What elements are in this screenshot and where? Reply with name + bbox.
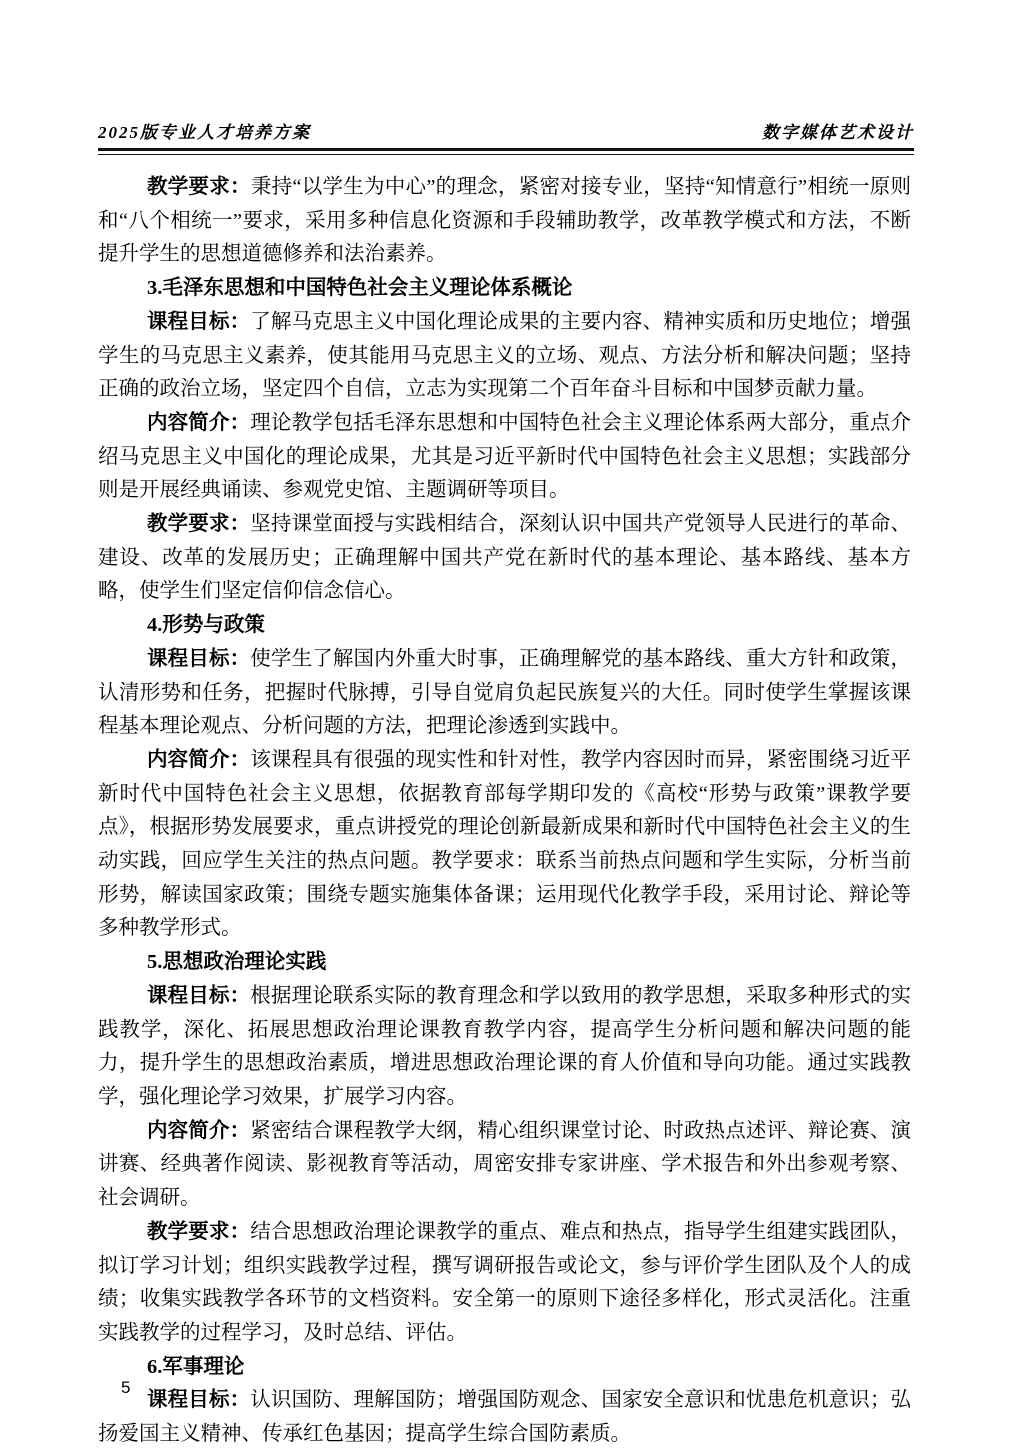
paragraph-label: 课程目标： [147,648,250,670]
header-left-title: 2025版专业人才培养方案 [98,118,311,143]
paragraph-course-goal-6: 课程目标：认识国防、理解国防；增强国防观念、国家安全意识和忧患危机意识；弘扬爱国… [98,1384,911,1448]
paragraph-label: 教学要求： [147,1221,250,1243]
document-body: 教学要求：秉持“以学生为中心”的理念，紧密对接专业，坚持“知情意行”相统一原则和… [98,171,911,1448]
paragraph-content-intro-3: 内容简介：理论教学包括毛泽东思想和中国特色社会主义理论体系两大部分，重点介绍马克… [98,407,911,508]
paragraph-label: 内容简介： [147,412,250,434]
page-number: 5 [121,1378,130,1398]
heading-text: 4.形势与政策 [147,614,265,636]
section-heading-5: 5.思想政治理论实践 [98,946,911,980]
document-page: 2025版专业人才培养方案 数字媒体艺术设计 教学要求：秉持“以学生为中心”的理… [0,0,1024,1448]
paragraph-label: 课程目标： [147,1389,250,1411]
paragraph-course-goal-3: 课程目标：了解马克思主义中国化理论成果的主要内容、精神实质和历史地位；增强学生的… [98,306,911,407]
paragraph-teaching-requirement-3: 教学要求：坚持课堂面授与实践相结合，深刻认识中国共产党领导人民进行的革命、建设、… [98,508,911,609]
header-rule [98,148,914,155]
page-header: 2025版专业人才培养方案 数字媒体艺术设计 [98,118,914,143]
paragraph-label: 课程目标： [147,985,250,1007]
paragraph-label: 内容简介： [147,749,250,771]
heading-text: 6.军事理论 [147,1356,244,1378]
header-right-title: 数字媒体艺术设计 [762,118,914,143]
paragraph-course-goal-5: 课程目标：根据理论联系实际的教育理念和学以致用的教学思想，采取多种形式的实践教学… [98,980,911,1115]
paragraph-course-goal-4: 课程目标：使学生了解国内外重大时事，正确理解党的基本路线、重大方针和政策，认清形… [98,643,911,744]
section-heading-4: 4.形势与政策 [98,609,911,643]
paragraph-label: 内容简介： [147,1120,250,1142]
rule-thin-line [98,154,914,155]
paragraph-content-intro-4: 内容简介：该课程具有很强的现实性和针对性，教学内容因时而异，紧密围绕习近平新时代… [98,744,911,946]
heading-text: 5.思想政治理论实践 [147,951,326,973]
paragraph-teaching-requirement-5: 教学要求：结合思想政治理论课教学的重点、难点和热点，指导学生组建实践团队，拟订学… [98,1216,911,1351]
section-heading-6: 6.军事理论 [98,1351,911,1385]
paragraph-teaching-requirement-2: 教学要求：秉持“以学生为中心”的理念，紧密对接专业，坚持“知情意行”相统一原则和… [98,171,911,272]
paragraph-label: 教学要求： [147,513,250,535]
heading-text: 3.毛泽东思想和中国特色社会主义理论体系概论 [147,277,572,299]
paragraph-content-intro-5: 内容简介：紧密结合课程教学大纲，精心组织课堂讨论、时政热点述评、辩论赛、演讲赛、… [98,1115,911,1216]
section-heading-3: 3.毛泽东思想和中国特色社会主义理论体系概论 [98,272,911,306]
paragraph-label: 教学要求： [147,176,251,198]
paragraph-text: 该课程具有很强的现实性和针对性，教学内容因时而异，紧密围绕习近平新时代中国特色社… [98,749,911,940]
paragraph-label: 课程目标： [147,311,250,333]
